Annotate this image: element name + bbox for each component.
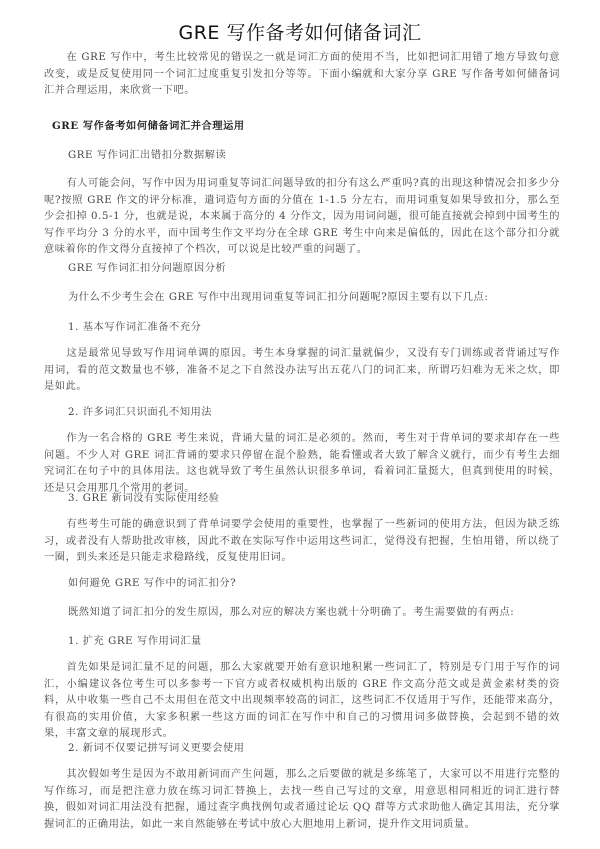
subheading-cause-analysis: GRE 写作词汇扣分问题原因分析	[68, 259, 226, 274]
solution-2-title: 2. 新词不仅要记拼写词义更要会使用	[68, 739, 245, 754]
cause-1-title: 1. 基本写作词汇准备不充分	[68, 318, 201, 333]
intro-paragraph: 在 GRE 写作中，考生比较常见的错误之一就是词汇方面的使用不当，比如把词汇用错…	[44, 50, 560, 100]
cause-2-text: 作为一名合格的 GRE 考生来说，背诵大量的词汇是必须的。然而，考生对于背单词的…	[44, 431, 560, 497]
solution-1-text: 首先如果是词汇量不足的问题，那么大家就要开始有意识地积累一些词汇了，特别是专门用…	[44, 660, 560, 743]
cause-3-text: 有些考生可能的确意识到了背单词要学会使用的重要性，也掌握了一些新词的使用方法，但…	[44, 517, 560, 567]
subheading-how-to-avoid: 如何避免 GRE 写作中的词汇扣分?	[68, 574, 236, 589]
solution-1-title: 1. 扩充 GRE 写作用词汇量	[68, 632, 202, 647]
document-title: GRE 写作备考如何储备词汇	[0, 18, 600, 45]
paragraph-causes-intro: 为什么不少考生会在 GRE 写作中出现用词重复等词汇扣分问题呢?原因主要有以下几…	[68, 288, 488, 303]
section-heading: GRE 写作备考如何储备词汇并合理运用	[52, 117, 245, 132]
cause-3-title: 3. GRE 新词没有实际使用经验	[68, 489, 220, 504]
paragraph-deduction-data: 有人可能会问，写作中因为用词重复等词汇问题导致的扣分有这么严重吗?真的出现这种情…	[44, 176, 560, 259]
solution-2-text: 其次假如考生是因为不敢用新词而产生问题，那么之后要做的就是多练笔了，大家可以不用…	[44, 767, 560, 833]
cause-2-title: 2. 许多词汇只识面孔不知用法	[68, 403, 212, 418]
document-page: GRE 写作备考如何储备词汇 在 GRE 写作中，考生比较常见的错误之一就是词汇…	[0, 0, 600, 849]
paragraph-solutions-intro: 既然知道了词汇扣分的发生原因，那么对应的解决方案也就十分明确了。考生需要做的有两…	[68, 603, 514, 618]
cause-1-text: 这是最常见导致写作用词单调的原因。考生本身掌握的词汇量就偏少，又没有专门训练或者…	[44, 346, 560, 396]
subheading-deduction-data: GRE 写作词汇出错扣分数据解读	[68, 146, 226, 161]
